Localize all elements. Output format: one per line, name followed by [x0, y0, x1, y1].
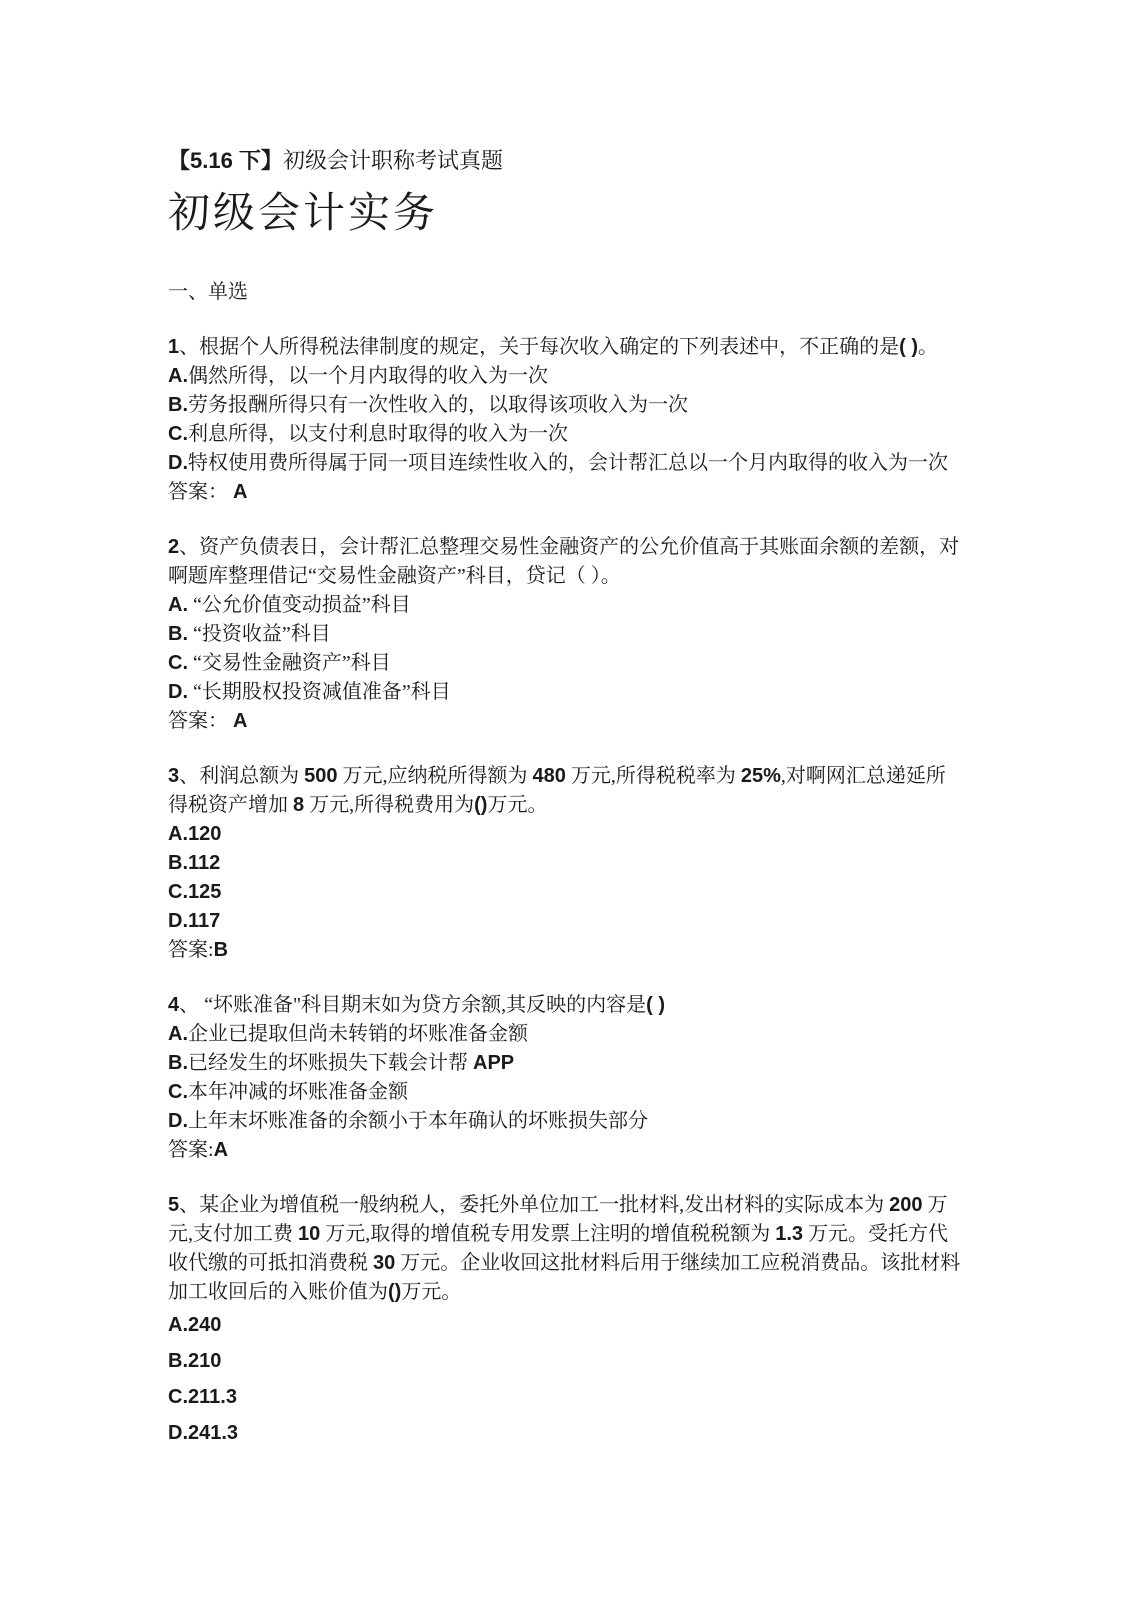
question-1-answer: 答案： A	[168, 478, 963, 507]
question-5-option-c: C.211.3	[168, 1379, 963, 1415]
question-2-option-d: D. “长期股权投资减值准备”科目	[168, 678, 963, 707]
section-heading: 一、单选	[168, 278, 963, 307]
question-4-stem: 4、 “坏账准备"科目期末如为贷方余额,其反映的内容是( )	[168, 991, 963, 1020]
question-1-option-a: A.偶然所得，以一个月内取得的收入为一次	[168, 362, 963, 391]
question-4: 4、 “坏账准备"科目期末如为贷方余额,其反映的内容是( )A.企业已提取但尚未…	[168, 991, 963, 1165]
question-3-stem: 3、利润总额为 500 万元,应纳税所得额为 480 万元,所得税税率为 25%…	[168, 762, 963, 820]
doc-subtitle-text: 初级会计职称考试真题	[283, 148, 503, 173]
question-1-option-b: B.劳务报酬所得只有一次性收入的，以取得该项收入为一次	[168, 391, 963, 420]
doc-title: 初级会计实务	[168, 188, 963, 240]
question-3-option-b: B.112	[168, 849, 963, 878]
question-3-option-a: A.120	[168, 820, 963, 849]
question-5-option-b: B.210	[168, 1343, 963, 1379]
doc-subtitle: 【5.16 下】初级会计职称考试真题	[168, 146, 963, 176]
question-3-option-d: D.117	[168, 907, 963, 936]
question-5: 5、某企业为增值税一般纳税人，委托外单位加工一批材料,发出材料的实际成本为 20…	[168, 1191, 963, 1451]
question-5-option-a: A.240	[168, 1307, 963, 1343]
question-1-option-d: D.特权使用费所得属于同一项目连续性收入的，会计帮汇总以一个月内取得的收入为一次	[168, 449, 963, 478]
question-1-stem: 1、根据个人所得税法律制度的规定，关于每次收入确定的下列表述中，不正确的是( )…	[168, 333, 963, 362]
question-5-stem: 5、某企业为增值税一般纳税人，委托外单位加工一批材料,发出材料的实际成本为 20…	[168, 1191, 963, 1307]
question-2-option-c: C. “交易性金融资产”科目	[168, 649, 963, 678]
question-2-stem: 2、资产负债表日，会计帮汇总整理交易性金融资产的公允价值高于其账面余额的差额，对…	[168, 533, 963, 591]
question-5-option-d: D.241.3	[168, 1415, 963, 1451]
question-4-option-b: B.已经发生的坏账损失下载会计帮 APP	[168, 1049, 963, 1078]
question-2-answer: 答案： A	[168, 707, 963, 736]
question-list: 1、根据个人所得税法律制度的规定，关于每次收入确定的下列表述中，不正确的是( )…	[168, 333, 963, 1451]
doc-subtitle-tag: 【5.16 下】	[168, 148, 283, 173]
question-4-answer: 答案:A	[168, 1136, 963, 1165]
document-page: 【5.16 下】初级会计职称考试真题 初级会计实务 一、单选 1、根据个人所得税…	[0, 0, 1131, 1600]
question-4-option-d: D.上年末坏账准备的余额小于本年确认的坏账损失部分	[168, 1107, 963, 1136]
question-3-answer: 答案:B	[168, 936, 963, 965]
question-2-option-a: A. “公允价值变动损益”科目	[168, 591, 963, 620]
question-2-option-b: B. “投资收益”科目	[168, 620, 963, 649]
question-2: 2、资产负债表日，会计帮汇总整理交易性金融资产的公允价值高于其账面余额的差额，对…	[168, 533, 963, 736]
question-1: 1、根据个人所得税法律制度的规定，关于每次收入确定的下列表述中，不正确的是( )…	[168, 333, 963, 507]
question-3: 3、利润总额为 500 万元,应纳税所得额为 480 万元,所得税税率为 25%…	[168, 762, 963, 965]
question-4-option-c: C.本年冲减的坏账准备金额	[168, 1078, 963, 1107]
question-3-option-c: C.125	[168, 878, 963, 907]
question-1-option-c: C.利息所得，以支付利息时取得的收入为一次	[168, 420, 963, 449]
question-4-option-a: A.企业已提取但尚未转销的坏账准备金额	[168, 1020, 963, 1049]
